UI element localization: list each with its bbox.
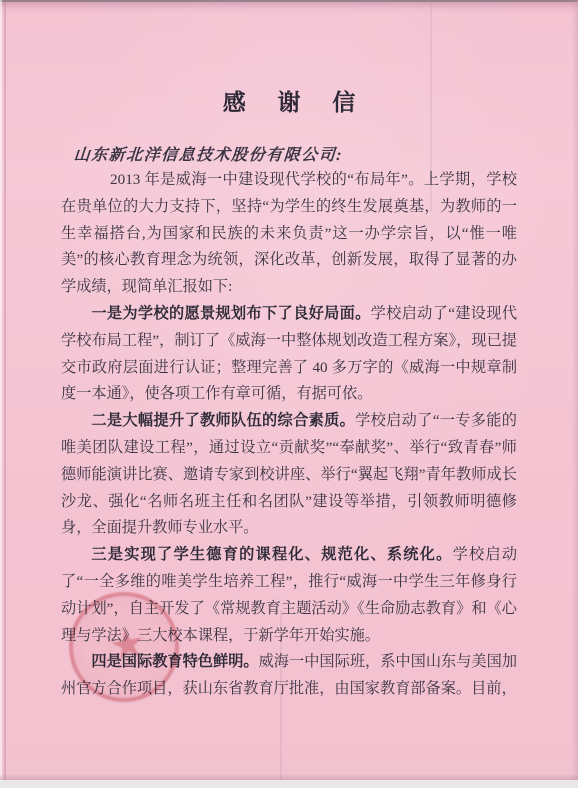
letter-title: 感 谢 信: [0, 84, 578, 117]
paragraph-point-1: 一是为学校的愿景规划布下了良好局面。学校启动了“建设现代学校布局工程”，制订了《…: [61, 301, 517, 408]
paragraph-text: 学校启动了“一专多能的唯美团队建设工程”，通过设立“贡献奖”“奉献奖”、举行“致…: [61, 412, 517, 536]
recipient-line: 山东新北洋信息技术股份有限公司:: [73, 142, 540, 165]
letter-paper: 感 谢 信 山东新北洋信息技术股份有限公司: 2013 年是威海一中建设现代学校…: [0, 0, 578, 788]
paragraph-point-4: 四是国际教育特色鲜明。威海一中国际班，系中国山东与美国加州官方合作项目，获山东省…: [61, 649, 517, 703]
paragraph-lead: 四是国际教育特色鲜明。: [91, 653, 258, 670]
paragraph-intro: 2013 年是威海一中建设现代学校的“布局年”。上学期，学校在贵单位的大力支持下…: [61, 167, 517, 301]
paragraph-point-2: 二是大幅提升了教师队伍的综合素质。学校启动了“一专多能的唯美团队建设工程”，通过…: [61, 408, 517, 542]
paper-edge-top-shadow: [0, 2, 578, 9]
letter-body: 2013 年是威海一中建设现代学校的“布局年”。上学期，学校在贵单位的大力支持下…: [61, 167, 517, 703]
paper-edge-left: [0, 0, 2, 788]
paragraph-lead: 三是实现了学生德育的课程化、规范化、系统化。: [91, 546, 452, 563]
paragraph-lead: 二是大幅提升了教师队伍的综合素质。: [91, 412, 355, 429]
paper-edge-left-crease: [4, 2, 6, 780]
paragraph-point-3: 三是实现了学生德育的课程化、规范化、系统化。学校启动了“一全多维的唯美学生培养工…: [61, 542, 517, 649]
paper-edge-right: [572, 0, 578, 788]
paragraph-lead: 一是为学校的愿景规划布下了良好局面。: [91, 305, 370, 322]
paragraph-text: 2013 年是威海一中建设现代学校的“布局年”。上学期，学校在贵单位的大力支持下…: [61, 171, 517, 295]
paper-edge-bottom: [0, 780, 578, 788]
